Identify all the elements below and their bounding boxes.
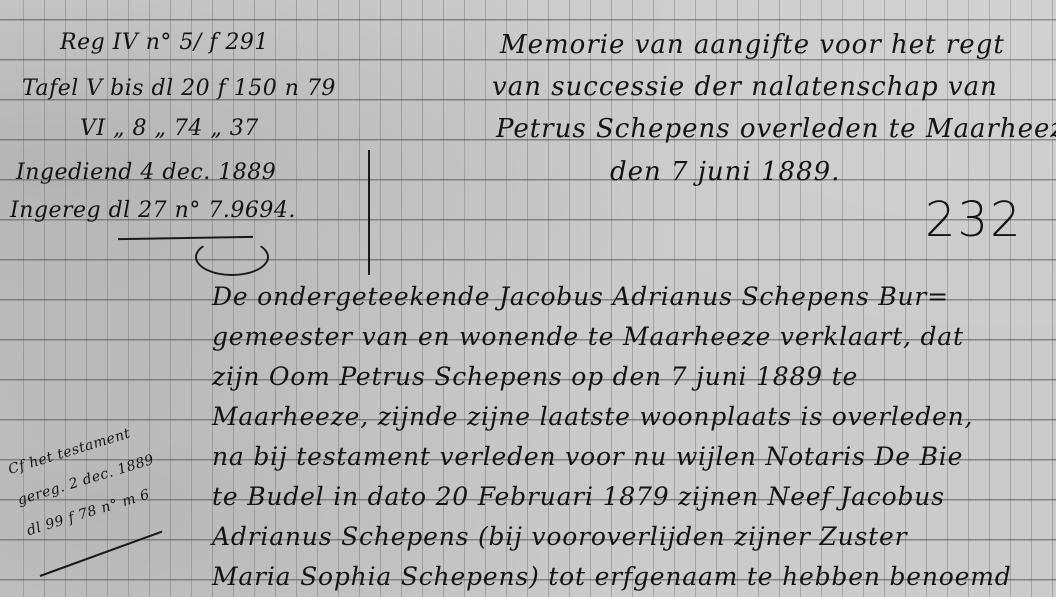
vertical-marker-line	[368, 150, 370, 275]
margin-note-line: Reg IV n° 5/ f 291	[60, 30, 269, 55]
page-number: 232	[925, 192, 1023, 248]
body-line: Maria Sophia Schepens) tot erfgenaam te …	[212, 562, 1012, 591]
title-line: van successie der nalatenschap van	[492, 72, 998, 102]
body-line: na bij testament verleden voor nu wijlen…	[212, 442, 963, 471]
body-line: zijn Oom Petrus Schepens op den 7 juni 1…	[212, 362, 858, 391]
margin-note-line: VI „ 8 „ 74 „ 37	[80, 116, 259, 141]
title-line: Memorie van aangifte voor het regt	[500, 30, 1005, 60]
body-line: De ondergeteekende Jacobus Adrianus Sche…	[212, 282, 949, 311]
flourish-loop	[195, 238, 269, 276]
margin-note-line: Tafel V bis dl 20 f 150 n 79	[22, 76, 336, 101]
title-line: Petrus Schepens overleden te Maarheeze	[496, 114, 1056, 144]
body-line: Maarheeze, zijnde zijne laatste woonplaa…	[212, 402, 973, 431]
title-line: den 7 juni 1889.	[610, 157, 840, 187]
body-line: te Budel in dato 20 Februari 1879 zijnen…	[212, 482, 945, 511]
body-line: Adrianus Schepens (bij vooroverlijden zi…	[212, 522, 907, 551]
margin-note-line: Ingereg dl 27 n° 7.9694.	[10, 198, 296, 223]
body-line: gemeester van en wonende te Maarheeze ve…	[212, 322, 964, 351]
margin-note-line: Ingediend 4 dec. 1889	[16, 160, 276, 185]
